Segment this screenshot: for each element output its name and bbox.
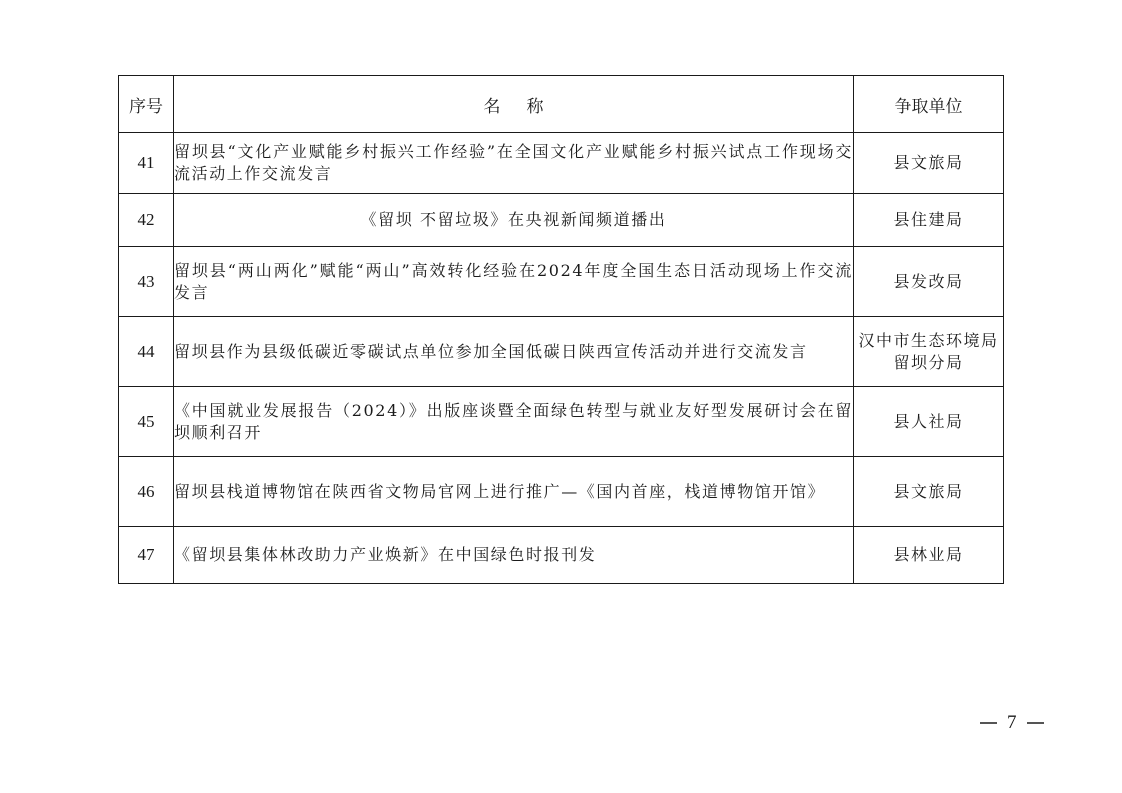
- dash-left: [980, 722, 997, 724]
- page-number: 7: [980, 712, 1044, 734]
- row-name: 留坝县“两山两化”赋能“两山”高效转化经验在2024年度全国生态日活动现场上作交…: [174, 247, 854, 317]
- table-row: 47《留坝县集体林改助力产业焕新》在中国绿色时报刊发县林业局: [119, 527, 1004, 584]
- row-serial-number: 46: [119, 457, 174, 527]
- row-serial-number: 43: [119, 247, 174, 317]
- table-row: 46留坝县栈道博物馆在陕西省文物局官网上进行推广—《国内首座，栈道博物馆开馆》县…: [119, 457, 1004, 527]
- row-serial-number: 45: [119, 387, 174, 457]
- row-unit: 县林业局: [854, 527, 1004, 584]
- table-row: 41留坝县“文化产业赋能乡村振兴工作经验”在全国文化产业赋能乡村振兴试点工作现场…: [119, 133, 1004, 194]
- dash-right: [1027, 722, 1044, 724]
- row-unit: 县文旅局: [854, 457, 1004, 527]
- row-name: 留坝县栈道博物馆在陕西省文物局官网上进行推广—《国内首座，栈道博物馆开馆》: [174, 457, 854, 527]
- row-serial-number: 44: [119, 317, 174, 387]
- table-header-row: 序号 名称 争取单位: [119, 76, 1004, 133]
- page-number-value: 7: [1007, 712, 1017, 734]
- table-row: 45《中国就业发展报告（2024）》出版座谈暨全面绿色转型与就业友好型发展研讨会…: [119, 387, 1004, 457]
- header-unit: 争取单位: [854, 76, 1004, 133]
- row-unit: 县文旅局: [854, 133, 1004, 194]
- row-unit: 县发改局: [854, 247, 1004, 317]
- row-unit: 县人社局: [854, 387, 1004, 457]
- row-name: 《留坝 不留垃圾》在央视新闻频道播出: [174, 194, 854, 247]
- row-name: 留坝县“文化产业赋能乡村振兴工作经验”在全国文化产业赋能乡村振兴试点工作现场交流…: [174, 133, 854, 194]
- row-name: 《中国就业发展报告（2024）》出版座谈暨全面绿色转型与就业友好型发展研讨会在留…: [174, 387, 854, 457]
- row-serial-number: 41: [119, 133, 174, 194]
- table-row: 43留坝县“两山两化”赋能“两山”高效转化经验在2024年度全国生态日活动现场上…: [119, 247, 1004, 317]
- table-body: 41留坝县“文化产业赋能乡村振兴工作经验”在全国文化产业赋能乡村振兴试点工作现场…: [119, 133, 1004, 584]
- row-unit: 县住建局: [854, 194, 1004, 247]
- table-row: 44留坝县作为县级低碳近零碳试点单位参加全国低碳日陕西宣传活动并进行交流发言汉中…: [119, 317, 1004, 387]
- row-serial-number: 47: [119, 527, 174, 584]
- row-unit: 汉中市生态环境局留坝分局: [854, 317, 1004, 387]
- header-name: 名称: [174, 76, 854, 133]
- table-row: 42《留坝 不留垃圾》在央视新闻频道播出县住建局: [119, 194, 1004, 247]
- row-serial-number: 42: [119, 194, 174, 247]
- row-name: 留坝县作为县级低碳近零碳试点单位参加全国低碳日陕西宣传活动并进行交流发言: [174, 317, 854, 387]
- header-serial-number: 序号: [119, 76, 174, 133]
- row-name: 《留坝县集体林改助力产业焕新》在中国绿色时报刊发: [174, 527, 854, 584]
- achievement-table: 序号 名称 争取单位 41留坝县“文化产业赋能乡村振兴工作经验”在全国文化产业赋…: [118, 75, 1004, 584]
